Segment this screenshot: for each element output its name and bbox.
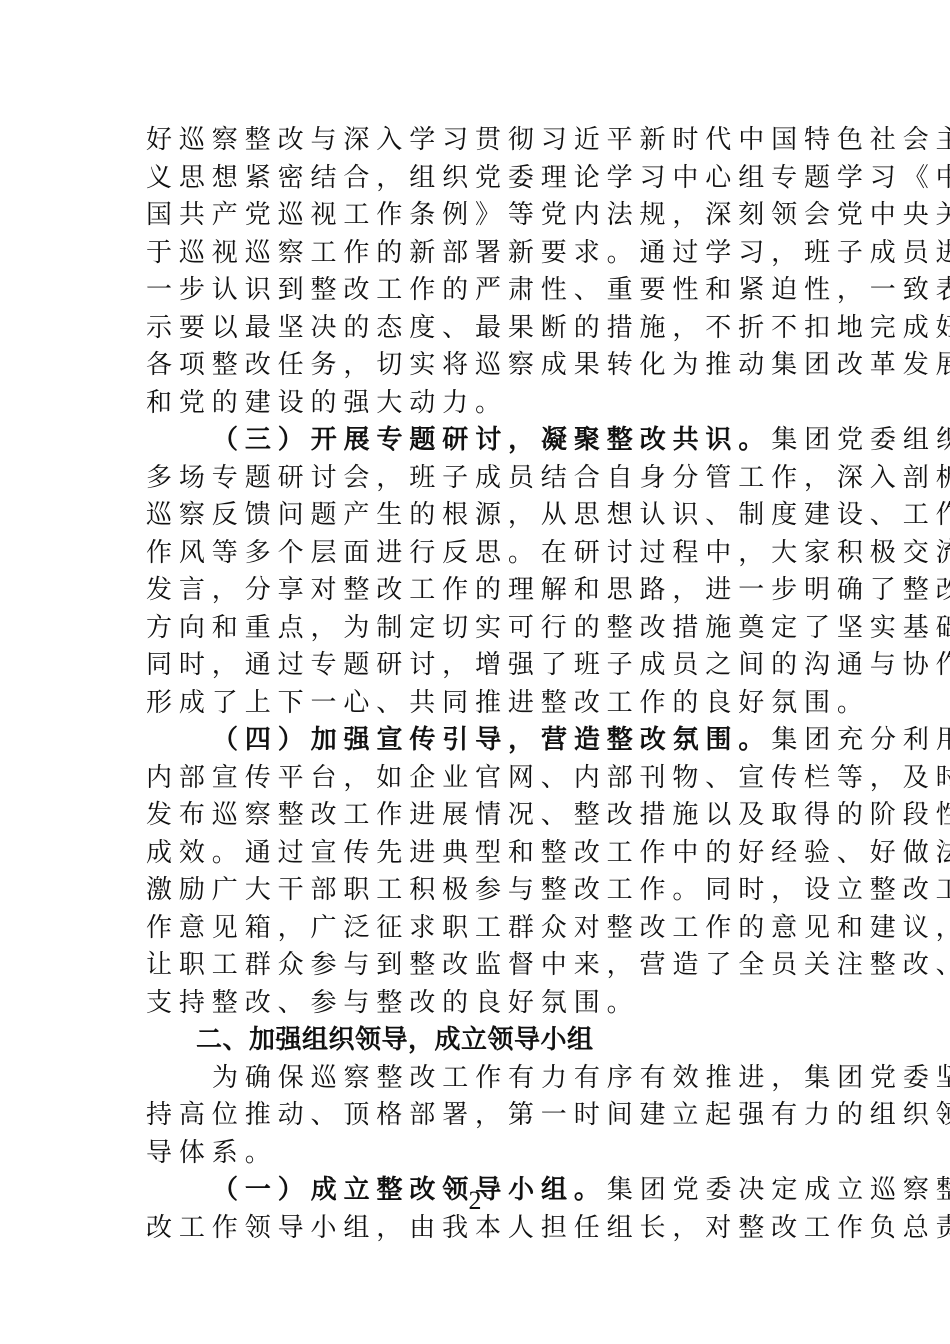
- document-body: 好巡察整改与深入学习贯彻习近平新时代中国特色社会主 义思想紧密结合，组织党委理论…: [146, 122, 806, 1247]
- body-line: 一步认识到整改工作的严肃性、重要性和紧迫性，一致表: [146, 272, 806, 310]
- paragraph-start: 为确保巡察整改工作有力有序有效推进，集团党委坚: [146, 1060, 806, 1098]
- body-line: 方向和重点，为制定切实可行的整改措施奠定了坚实基础: [146, 610, 806, 648]
- section-heading: 二、加强组织领导，成立领导小组: [146, 1022, 806, 1060]
- body-line: 发言，分享对整改工作的理解和思路，进一步明确了整改: [146, 572, 806, 610]
- body-line: 巡察反馈问题产生的根源，从思想认识、制度建设、工作: [146, 497, 806, 535]
- body-line: 于巡视巡察工作的新部署新要求。通过学习，班子成员进: [146, 235, 806, 273]
- subsection-text: 集团充分利用: [771, 725, 950, 755]
- body-line: 多场专题研讨会，班子成员结合自身分管工作，深入剖析: [146, 460, 806, 498]
- body-line: 激励广大干部职工积极参与整改工作。同时，设立整改工: [146, 872, 806, 910]
- subsection-paragraph-start: （四）加强宣传引导，营造整改氛围。集团充分利用: [146, 722, 806, 760]
- body-line: 持高位推动、顶格部署，第一时间建立起强有力的组织领: [146, 1097, 806, 1135]
- body-line: 好巡察整改与深入学习贯彻习近平新时代中国特色社会主: [146, 122, 806, 160]
- body-line: 内部宣传平台，如企业官网、内部刊物、宣传栏等，及时: [146, 760, 806, 798]
- subsection-paragraph-start: （三）开展专题研讨，凝聚整改共识。集团党委组织: [146, 422, 806, 460]
- body-line: 作风等多个层面进行反思。在研讨过程中，大家积极交流: [146, 535, 806, 573]
- body-line: 支持整改、参与整改的良好氛围。: [146, 985, 806, 1023]
- body-line: 同时，通过专题研讨，增强了班子成员之间的沟通与协作: [146, 647, 806, 685]
- body-line: 示要以最坚决的态度、最果断的措施，不折不扣地完成好: [146, 310, 806, 348]
- subsection-title: （四）加强宣传引导，营造整改氛围。: [212, 725, 771, 755]
- body-line: 和党的建设的强大动力。: [146, 385, 806, 423]
- body-line: 形成了上下一心、共同推进整改工作的良好氛围。: [146, 685, 806, 723]
- body-line: 国共产党巡视工作条例》等党内法规，深刻领会党中央关: [146, 197, 806, 235]
- body-line: 各项整改任务，切实将巡察成果转化为推动集团改革发展: [146, 347, 806, 385]
- subsection-text: 集团党委组织: [771, 425, 950, 455]
- body-line: 让职工群众参与到整改监督中来，营造了全员关注整改、: [146, 947, 806, 985]
- page-number: 2: [0, 1186, 950, 1216]
- body-line: 义思想紧密结合，组织党委理论学习中心组专题学习《中: [146, 160, 806, 198]
- body-line: 成效。通过宣传先进典型和整改工作中的好经验、好做法: [146, 835, 806, 873]
- document-page: 好巡察整改与深入学习贯彻习近平新时代中国特色社会主 义思想紧密结合，组织党委理论…: [0, 0, 950, 1344]
- subsection-title: （三）开展专题研讨，凝聚整改共识。: [212, 425, 771, 455]
- body-line: 发布巡察整改工作进展情况、整改措施以及取得的阶段性: [146, 797, 806, 835]
- body-line: 导体系。: [146, 1135, 806, 1173]
- body-line: 作意见箱，广泛征求职工群众对整改工作的意见和建议，: [146, 910, 806, 948]
